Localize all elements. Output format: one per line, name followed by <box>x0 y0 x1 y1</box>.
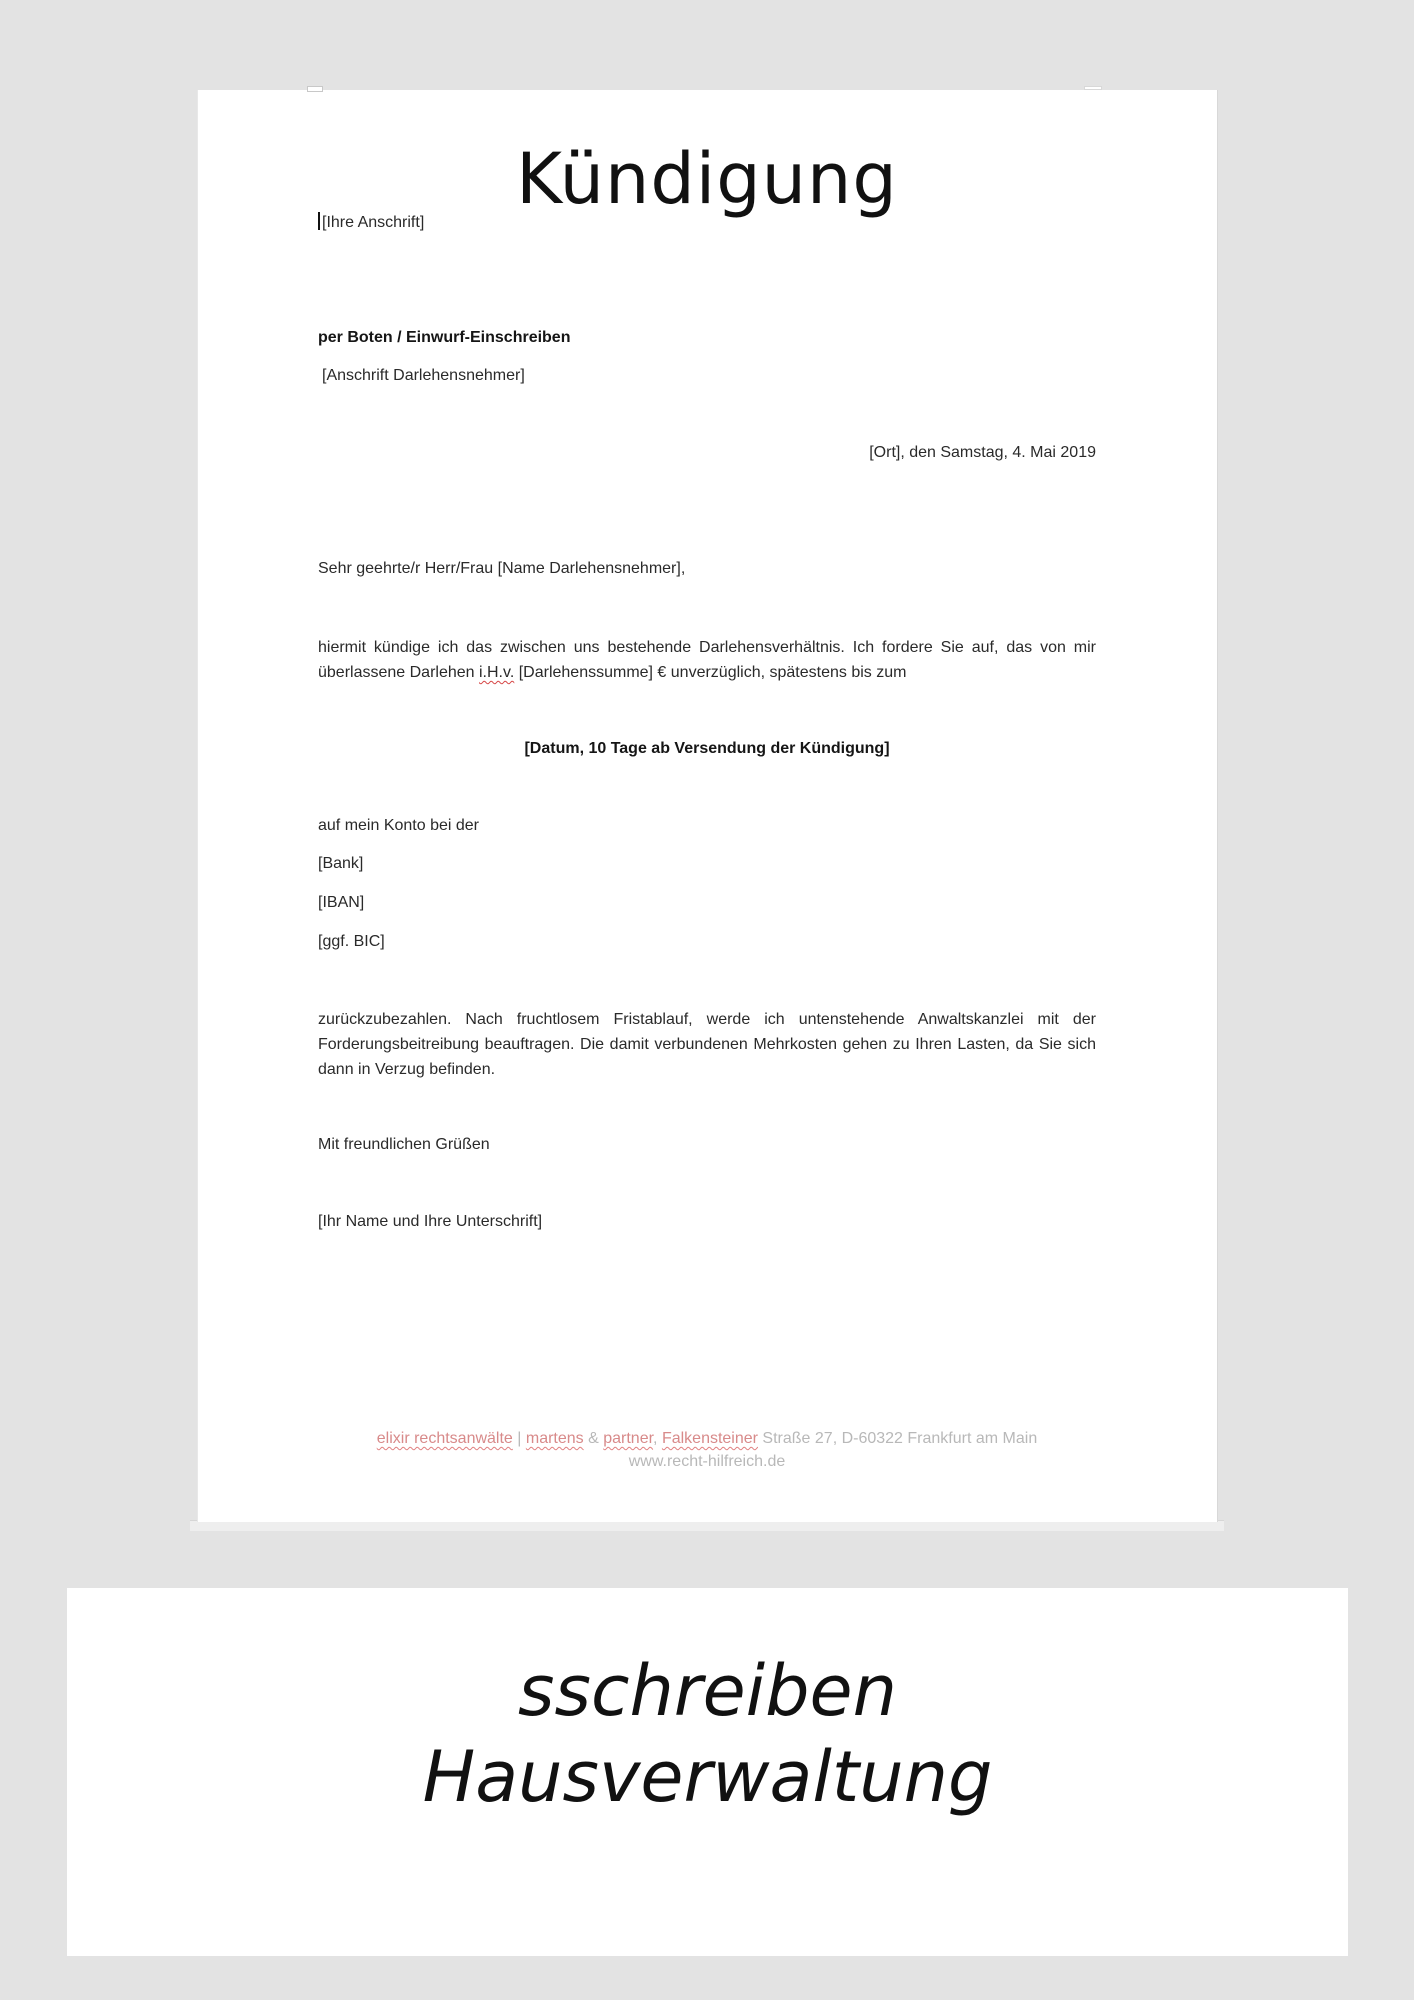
account-intro: auf mein Konto bei der <box>318 817 479 835</box>
recipient-address: [Anschrift Darlehensnehmer] <box>322 367 525 385</box>
footer-website: www.recht-hilfreich.de <box>0 1451 1414 1473</box>
footer-firm-2b: partner <box>603 1430 653 1447</box>
footer-address-rest: Straße 27, D-60322 Frankfurt am Main <box>758 1430 1037 1447</box>
sender-address[interactable]: [Ihre Anschrift] <box>318 212 424 232</box>
footer-street: Falkensteiner <box>662 1430 758 1447</box>
delivery-method: per Boten / Einwurf-Einschreiben <box>318 329 570 347</box>
spellcheck-flagged-word[interactable]: i.H.v. <box>479 664 514 681</box>
caption-line-1: sschreiben <box>67 1648 1348 1734</box>
place-date: [Ort], den Samstag, 4. Mai 2019 <box>869 444 1096 462</box>
signature-placeholder: [Ihr Name und Ihre Unterschrift] <box>318 1213 542 1231</box>
deadline-placeholder: [Datum, 10 Tage ab Versendung der Kündig… <box>0 740 1414 758</box>
footer-separator: | <box>513 1430 526 1447</box>
caption-panel: sschreiben Hausverwaltung <box>67 1588 1348 1956</box>
text-cursor <box>318 212 320 230</box>
body-paragraph-1: hiermit kündige ich das zwischen uns bes… <box>318 635 1096 685</box>
body-paragraph-2: zurückzubezahlen. Nach fruchtlosem Frist… <box>318 1007 1096 1082</box>
body-1-text-cont: [Darlehenssumme] € unverzüglich, spätest… <box>514 664 906 681</box>
closing: Mit freundlichen Grüßen <box>318 1136 490 1154</box>
footer-firm-1: elixir rechtsanwälte <box>377 1430 513 1447</box>
document-page <box>197 90 1218 1522</box>
footer-comma: , <box>653 1430 662 1447</box>
caption-text: sschreiben Hausverwaltung <box>67 1648 1348 1820</box>
salutation: Sehr geehrte/r Herr/Frau [Name Darlehens… <box>318 560 685 578</box>
footer-amp: & <box>584 1430 604 1447</box>
margin-marker-left <box>307 86 323 92</box>
caption-line-2: Hausverwaltung <box>67 1734 1348 1820</box>
overlay-title: Kündigung <box>0 138 1414 220</box>
footer-address: elixir rechtsanwälte | martens & partner… <box>0 1428 1414 1450</box>
margin-marker-right <box>1084 86 1102 90</box>
footer-firm-2a: martens <box>526 1430 584 1447</box>
bic-placeholder: [ggf. BIC] <box>318 933 385 951</box>
sender-address-text: [Ihre Anschrift] <box>322 214 424 231</box>
iban-placeholder: [IBAN] <box>318 894 364 912</box>
bank-placeholder: [Bank] <box>318 855 363 873</box>
